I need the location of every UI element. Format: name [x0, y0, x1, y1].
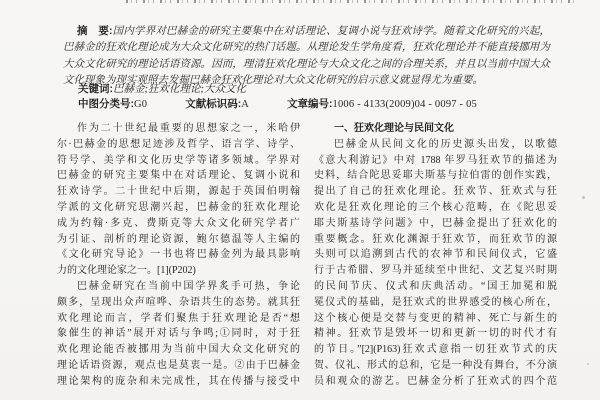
body-line: 的节日。”[2](P163)狂欢式意指一切狂欢节式的庆 — [314, 342, 557, 358]
body-line: 员和观众的游艺。巴赫金分析了狂欢式的四个范 — [314, 374, 557, 390]
abstract-label: 摘 要: — [77, 25, 113, 37]
body-line: 欢化理论能否被挪用为当前中国大众文化研究的 — [57, 342, 300, 358]
scan-speck — [587, 363, 589, 365]
scan-speck — [96, 47, 98, 49]
body-line: 作为二十世纪最重要的思想家之一，米哈伊 — [57, 121, 300, 137]
body-line: 狂欢诗学。二十世纪中后期，源起于英国伯明翰 — [57, 184, 300, 200]
scan-speck — [582, 196, 585, 199]
body-line: 巴赫金的研究主要集中在对话理论、复调小说和 — [57, 168, 300, 184]
body-line: 巴赫金研究在当前中国学界炙手可热，争论 — [57, 279, 300, 295]
abstract-paragraph: 摘 要:国内学界对巴赫金的研究主要集中在对话理论、复调小说与狂欢诗学。随着文化研… — [63, 23, 550, 90]
left-column: 作为二十世纪最重要的思想家之一，米哈伊尔·巴赫金的思想足迹涉及哲学、语言学、诗学… — [57, 121, 300, 400]
body-line: 成为约翰·多克、费斯克等大众文化研究学者广 — [57, 216, 300, 232]
body-line: 颇多，呈现出众声喧哗、杂语共生的态势。就其狂 — [57, 295, 300, 311]
body-line: 耶夫斯基诗学问题》中，巴赫金提出了狂欢化的 — [314, 216, 557, 232]
body-line: 象催生的神话”展开对话与争鸣;①同时，对于狂 — [57, 326, 300, 342]
clc-pair: 中图分类号:G0 — [78, 99, 147, 110]
article-id-value: 1006 - 4133(2009)04 - 0097 - 05 — [333, 99, 477, 110]
right-column: 一、狂欢化理论与民间文化巴赫金从民间文化的历史源头出发，以歌德《意大利游记》中对… — [314, 121, 557, 400]
meta-line: 中图分类号:G0文献标识码:A文章编号:1006 - 4133(2009)04 … — [78, 97, 560, 112]
two-column-body: 作为二十世纪最重要的思想家之一，米哈伊尔·巴赫金的思想足迹涉及哲学、语言学、诗学… — [57, 121, 557, 400]
body-line: 这个核心便是交替与变更的精神、死亡与新生的 — [314, 311, 557, 327]
cropped-text-remnant — [126, 0, 578, 3]
clc-value: G0 — [134, 99, 147, 110]
body-line: 史料，结合陀思妥耶夫斯基与拉伯雷的创作实践， — [314, 168, 557, 184]
body-line: 头则可以追溯到古代的农神节和民间仪式，它盛 — [314, 247, 557, 263]
body-line: 精神。狂欢节是毁坏一切和更新一切的时代才有 — [314, 326, 557, 342]
body-line: 为引证、剖析的理论资源，鲍尔德温等人主编的 — [57, 232, 300, 248]
body-line: 尔·巴赫金的思想足迹涉及哲学、语言学、诗学、 — [57, 137, 300, 153]
scanned-paper-page: 摘 要:国内学界对巴赫金的研究主要集中在对话理论、复调小说与狂欢诗学。随着文化研… — [0, 0, 600, 400]
body-line: 欢化是狂欢化理论的三个核心范畴，在《陀思妥 — [314, 200, 557, 216]
keywords-text: 巴赫金;狂欢化理论;大众文化 — [113, 84, 246, 95]
keywords-line: 关键词:巴赫金;狂欢化理论;大众文化 — [78, 82, 550, 97]
body-line: 欢化理论而言，学者们聚焦于狂欢理论是否“想 — [57, 311, 300, 327]
body-line: 冕仪式的基础，是狂欢式的世界感受的核心所在， — [314, 295, 557, 311]
doc-code-label: 文献标识码: — [185, 98, 241, 110]
doc-code-pair: 文献标识码:A — [185, 99, 249, 110]
body-line: 行于古希腊、罗马并延续至中世纪、文艺复兴时期 — [314, 263, 557, 279]
body-line: 力的文化理论家之一。[1](P202) — [57, 263, 300, 279]
body-line: 一、狂欢化理论与民间文化 — [314, 121, 557, 137]
body-line: 《意大利游记》中对 1788 年罗马狂欢节的描述为 — [314, 153, 557, 169]
body-line: 重要概念。狂欢化渊源于狂欢节，而狂欢节的源 — [314, 232, 557, 248]
abstract-text: 国内学界对巴赫金的研究主要集中在对话理论、复调小说与狂欢诗学。随着文化研究的兴起… — [63, 26, 550, 86]
article-id-label: 文章编号: — [287, 98, 333, 110]
article-id-pair: 文章编号:1006 - 4133(2009)04 - 0097 - 05 — [287, 99, 477, 110]
body-line: 符号学、美学和文化历史学等诸多领域。学界对 — [57, 153, 300, 169]
body-line: 的民间节庆、仪式和庆典活动。“国王加冕和脱 — [314, 279, 557, 295]
keywords-label: 关键词: — [78, 83, 113, 95]
body-line: 贺、仪礼、形式的总和，它是一种没有舞台，不分演 — [314, 358, 557, 374]
body-line: 学派的文化研究思潮兴起，巴赫金的狂欢化理论 — [57, 200, 300, 216]
doc-code-value: A — [241, 99, 249, 110]
body-line: 提出了自己的狂欢化理论。狂欢节、狂欢式与狂 — [314, 184, 557, 200]
body-line: 理论话语资源，观点也是莫衷一是。②由于巴赫金 — [57, 358, 300, 374]
body-line: 《文化研究导论》一书也将巴赫金列为最具影响 — [57, 247, 300, 263]
body-line: 理论架构的庞杂和未完成性，其在传播与接受中 — [57, 374, 300, 390]
body-line: 巴赫金从民间文化的历史源头出发，以歌德 — [314, 137, 557, 153]
clc-label: 中图分类号: — [78, 98, 134, 110]
